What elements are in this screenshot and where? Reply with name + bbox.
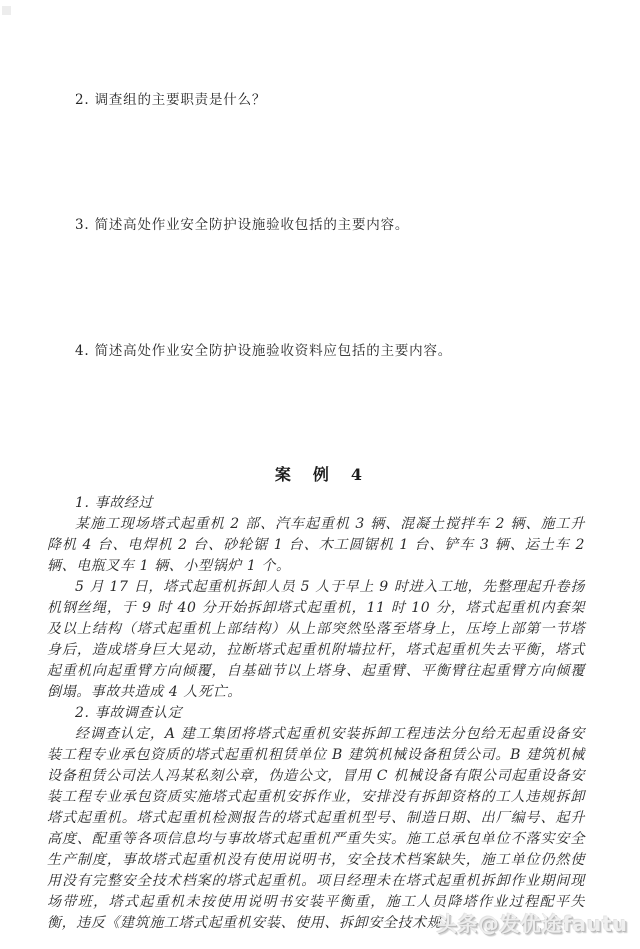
section-1-paragraph-1: 某施工现场塔式起重机 2 部、汽车起重机 3 辆、混凝土搅拌车 2 辆、施工升降…: [47, 514, 585, 577]
section-1-heading: 1. 事故经过: [47, 493, 585, 514]
question-2: 2. 调查组的主要职责是什么？: [75, 88, 595, 108]
case-title: 案 例 4: [0, 462, 640, 485]
section-2-heading: 2. 事故调查认定: [47, 703, 585, 724]
scan-artifact: [2, 6, 11, 15]
question-4: 4. 简述高处作业安全防护设施验收资料应包括的主要内容。: [75, 339, 595, 359]
case-body: 1. 事故经过 某施工现场塔式起重机 2 部、汽车起重机 3 辆、混凝土搅拌车 …: [47, 493, 585, 934]
document-page: 2. 调查组的主要职责是什么？ 3. 简述高处作业安全防护设施验收包括的主要内容…: [0, 0, 640, 949]
watermark: 头条@发优途fautu: [437, 908, 628, 937]
question-3: 3. 简述高处作业安全防护设施验收包括的主要内容。: [75, 213, 595, 233]
section-1-paragraph-2: 5 月 17 日，塔式起重机拆卸人员 5 人于早上 9 时进入工地，先整理起升卷…: [47, 577, 585, 703]
section-2-paragraph-1: 经调查认定，A 建工集团将塔式起重机安装拆卸工程违法分包给无起重设备安装工程专业…: [47, 724, 585, 934]
